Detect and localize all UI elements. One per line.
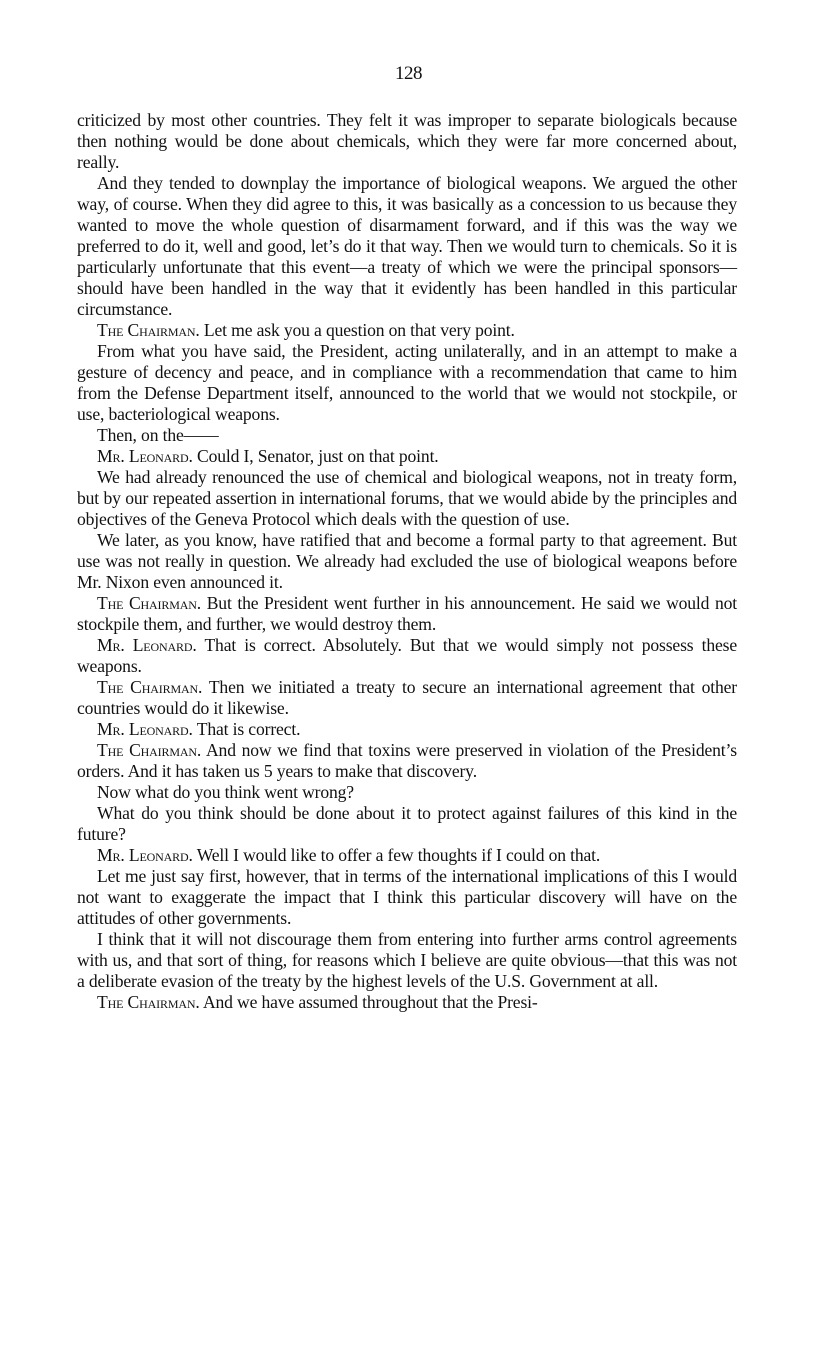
paragraph-text: Now what do you think went wrong? [97, 782, 354, 802]
speaker-name: Mr. Leonard. [97, 446, 193, 466]
paragraph-text: Then, on the—— [97, 425, 219, 445]
paragraph-text: Well I would like to offer a few thought… [193, 845, 600, 865]
paragraph-text: From what you have said, the President, … [77, 341, 737, 424]
paragraph-text: What do you think should be done about i… [77, 803, 737, 844]
page-number: 128 [0, 62, 817, 86]
paragraph: And they tended to downplay the importan… [77, 173, 737, 320]
paragraph-text: We later, as you know, have ratified tha… [77, 530, 737, 592]
paragraph: The Chairman. Let me ask you a question … [77, 320, 737, 341]
paragraph-text: And they tended to downplay the importan… [77, 173, 737, 319]
paragraph: The Chairman. And we have assumed throug… [77, 992, 737, 1013]
paragraph: We later, as you know, have ratified tha… [77, 530, 737, 593]
speaker-name: Mr. Leonard. [97, 635, 197, 655]
speaker-name: The Chairman. [97, 593, 201, 613]
paragraph-text: Let me just say first, however, that in … [77, 866, 737, 928]
paragraph: From what you have said, the President, … [77, 341, 737, 425]
paragraph-text: Let me ask you a question on that very p… [200, 320, 515, 340]
paragraph: The Chairman. And now we find that toxin… [77, 740, 737, 782]
paragraph-text: Could I, Senator, just on that point. [193, 446, 439, 466]
paragraph-text: We had already renounced the use of chem… [77, 467, 737, 529]
paragraph-text: And we have assumed throughout that the … [200, 992, 538, 1012]
speaker-name: The Chairman. [97, 677, 202, 697]
paragraph: Let me just say first, however, that in … [77, 866, 737, 929]
paragraph: Mr. Leonard. That is correct. [77, 719, 737, 740]
paragraph: We had already renounced the use of chem… [77, 467, 737, 530]
paragraph: I think that it will not discourage them… [77, 929, 737, 992]
text-column: criticized by most other countries. They… [77, 110, 737, 1013]
speaker-name: The Chairman. [97, 992, 200, 1012]
paragraph: criticized by most other countries. They… [77, 110, 737, 173]
paragraph: Mr. Leonard. That is correct. Absolutely… [77, 635, 737, 677]
speaker-name: Mr. Leonard. [97, 845, 193, 865]
paragraph: Mr. Leonard. Could I, Senator, just on t… [77, 446, 737, 467]
paragraph-text: That is correct. [193, 719, 301, 739]
paragraph: Mr. Leonard. Well I would like to offer … [77, 845, 737, 866]
paragraph: The Chairman. But the President went fur… [77, 593, 737, 635]
paragraph-text: criticized by most other countries. They… [77, 110, 737, 172]
paragraph-text: I think that it will not discourage them… [77, 929, 737, 991]
speaker-name: Mr. Leonard. [97, 719, 193, 739]
paragraph: Then, on the—— [77, 425, 737, 446]
paragraph: The Chairman. Then we initiated a treaty… [77, 677, 737, 719]
paragraph: Now what do you think went wrong? [77, 782, 737, 803]
speaker-name: The Chairman. [97, 320, 200, 340]
paragraph: What do you think should be done about i… [77, 803, 737, 845]
speaker-name: The Chairman. [97, 740, 201, 760]
